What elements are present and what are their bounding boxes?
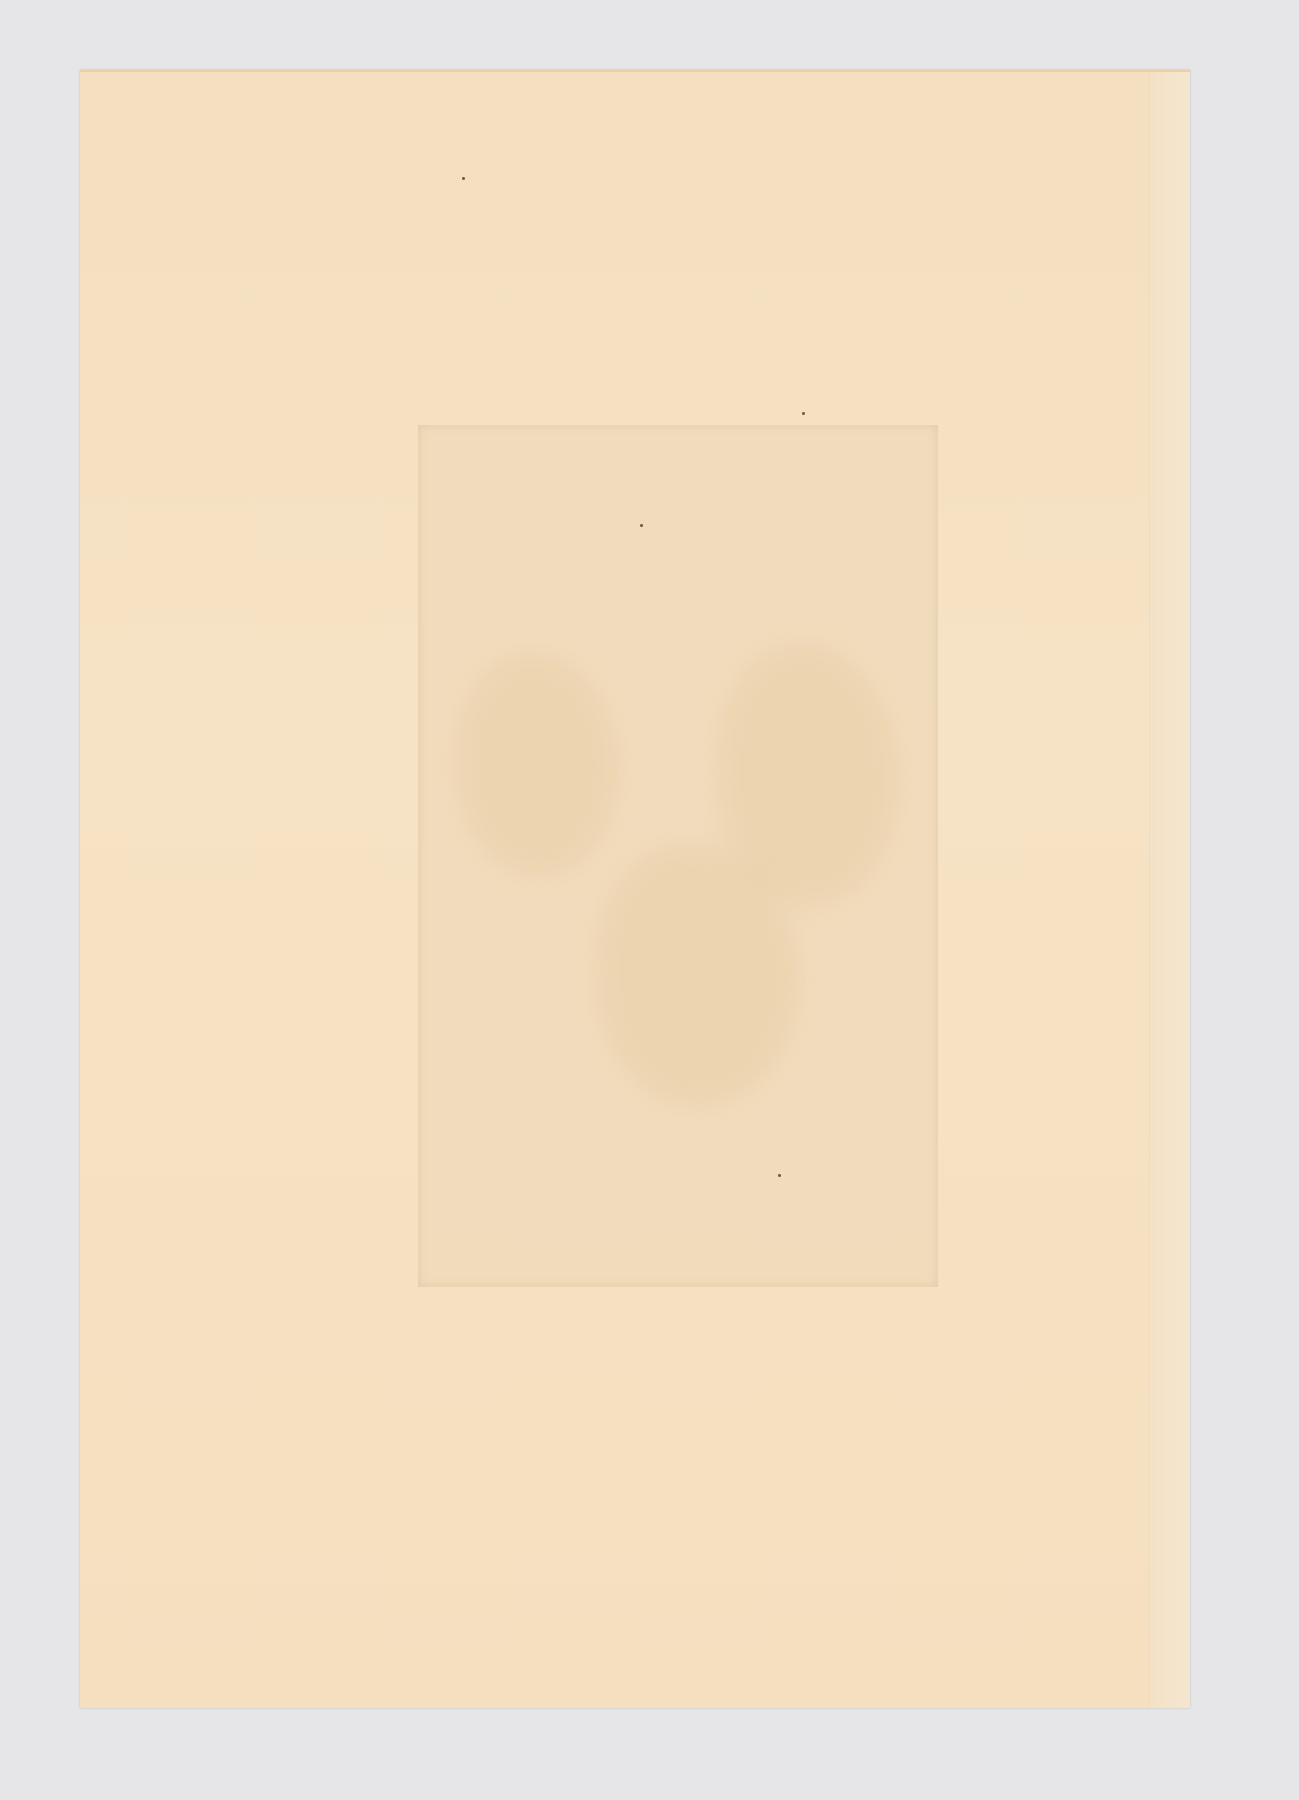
paper-speck [640, 524, 643, 527]
paper-edge-strip [1149, 72, 1190, 1708]
paper-sheet [80, 70, 1190, 1708]
paper-speck [802, 412, 805, 415]
plate-mark [418, 425, 938, 1287]
paper-speck [778, 1174, 781, 1177]
show-through-image-left [458, 655, 618, 875]
paper-speck [462, 177, 465, 180]
